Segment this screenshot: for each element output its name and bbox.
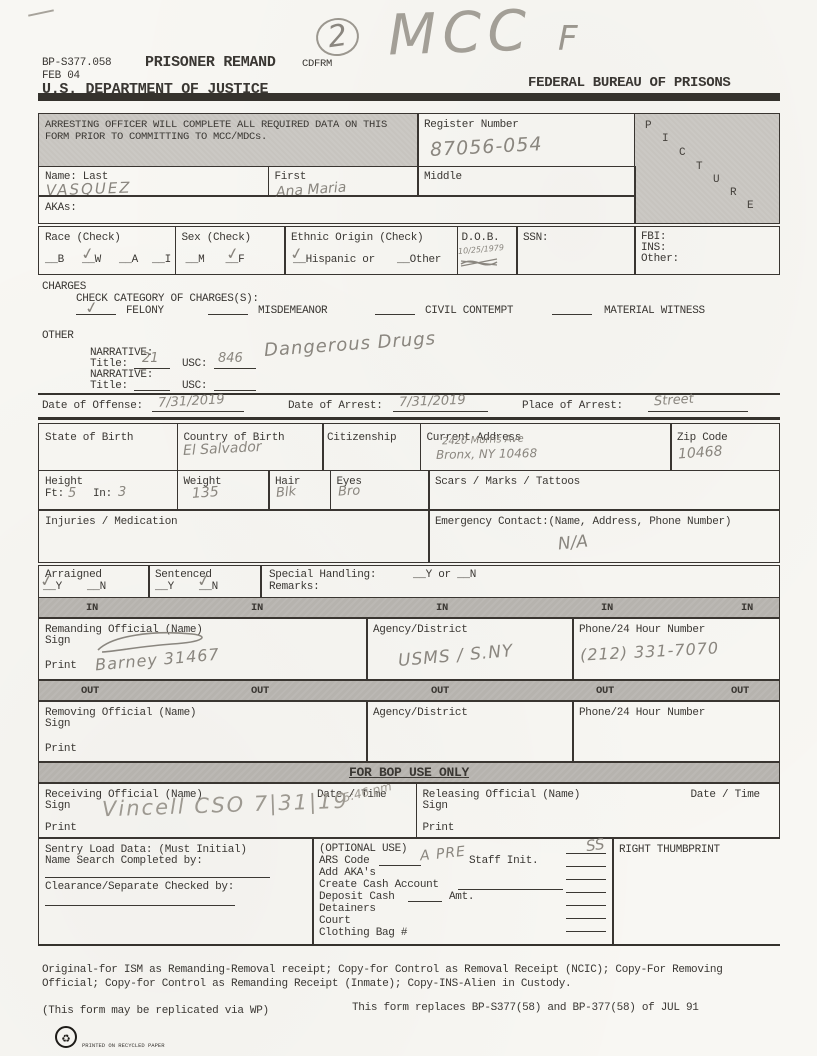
remanding-phone-label: Phone/24 Hour Number [579, 624, 705, 637]
optional-blank [566, 931, 606, 932]
receiving-sign-label: Sign [45, 800, 70, 813]
recycle-icon: ♻ [55, 1026, 77, 1048]
special-handling-options: __Y or __N [413, 569, 476, 582]
place-of-arrest-label: Place of Arrest: [522, 400, 623, 413]
ethnic-option-other: __Other [397, 254, 441, 267]
usc2-label: USC: [182, 380, 207, 393]
emergency-contact-cell: Emergency Contact:(Name, Address, Phone … [428, 509, 780, 563]
charges-section-label: CHARGES [42, 281, 86, 294]
receiving-print-label: Print [45, 822, 77, 835]
removing-print-label: Print [45, 743, 77, 756]
state-of-birth-cell: State of Birth [38, 423, 178, 471]
deposit-cash-blank [408, 901, 442, 902]
race-label: Race (Check) [45, 232, 121, 245]
handwritten-note: F [558, 22, 578, 56]
scanned-form-page: BP-S377.058 PRISONER REMAND CDFRM FEB 04… [0, 0, 817, 1056]
place-of-arrest-value: Street [654, 393, 695, 409]
name-search-label: Name Search Completed by: [45, 855, 203, 868]
staff-init-label: Staff Init. [469, 855, 538, 868]
picture-letter: I [662, 133, 669, 145]
charge-category-civil-contempt: CIVIL CONTEMPT [425, 305, 513, 318]
picture-letter: R [730, 187, 737, 199]
height-in-label: In: [93, 488, 112, 501]
usc2-blank [214, 390, 256, 391]
optional-blank [566, 866, 606, 867]
title2-blank [134, 390, 170, 391]
sentenced-option-y: __Y [155, 581, 174, 594]
akas-cell: AKAs: [38, 195, 636, 224]
injuries-label: Injuries / Medication [45, 516, 177, 529]
create-cash-blank [458, 889, 563, 890]
zip-code-value: 10468 [678, 444, 723, 461]
race-cell: Race (Check) __B __W __A __I [38, 226, 176, 275]
height-ft-label: Ft: [45, 488, 64, 501]
date-of-arrest-blank [393, 411, 488, 412]
ethnic-origin-cell: Ethnic Origin (Check) __Hispanic or __Ot… [284, 226, 458, 275]
ssn-label: SSN: [523, 232, 548, 245]
other-id-label: Other: [641, 253, 679, 266]
picture-letter: E [747, 200, 754, 212]
out-band: OUT OUT OUT OUT OUT [38, 680, 780, 701]
optional-blank [566, 892, 606, 893]
hair-value: Blk [275, 485, 296, 500]
special-handling-cell: Special Handling: __Y or __N Remarks: [260, 565, 780, 598]
out-band-label: OUT [731, 685, 749, 697]
clearance-blank [45, 905, 235, 906]
height-label: Height [45, 476, 83, 489]
removing-agency-cell: Agency/District [366, 701, 574, 762]
releasing-official-cell: Releasing Official (Name) Date / Time Si… [416, 783, 781, 838]
bop-band: FOR BOP USE ONLY [38, 762, 780, 783]
remarks-label: Remarks: [269, 581, 319, 594]
pencil-mark [28, 9, 54, 16]
thumbprint-cell: RIGHT THUMBPRINT [612, 838, 780, 945]
optional-blank [566, 918, 606, 919]
handwritten-copy-number: 2 [314, 15, 362, 59]
scars-label: Scars / Marks / Tattoos [435, 476, 580, 489]
optional-blank [566, 905, 606, 906]
out-band-label: OUT [81, 685, 99, 697]
race-option-b: __B [45, 254, 64, 267]
sex-option-m: __M [186, 254, 205, 267]
in-band-label: IN [436, 602, 448, 614]
picture-letter: C [679, 147, 686, 159]
in-band-label: IN [601, 602, 613, 614]
date-of-arrest-value: 7/31/2019 [399, 394, 466, 409]
emergency-contact-value: N/A [557, 533, 589, 553]
releasing-date-time-label: Date / Time [691, 789, 760, 802]
height-in-value: 3 [118, 486, 126, 499]
middle-name-cell: Middle [417, 166, 636, 197]
title1-value: 21 [142, 352, 159, 365]
eyes-value: Bro [338, 484, 361, 498]
sentry-load-cell: Sentry Load Data: (Must Initial) Name Se… [38, 838, 314, 945]
releasing-sign-label: Sign [423, 800, 448, 813]
replaces-note: This form replaces BP-S377(58) and BP-37… [352, 1002, 699, 1015]
staff-init-value: SS [585, 837, 605, 854]
removing-phone-cell: Phone/24 Hour Number [572, 701, 780, 762]
citizenship-cell: Citizenship [322, 423, 421, 471]
narrative1-value: Dangerous Drugs [264, 330, 437, 360]
arresting-officer-notice-box: ARRESTING OFFICER WILL COMPLETE ALL REQU… [38, 113, 419, 167]
arresting-officer-notice: ARRESTING OFFICER WILL COMPLETE ALL REQU… [45, 119, 405, 143]
date-of-offense-blank [152, 411, 244, 412]
emergency-contact-label: Emergency Contact:(Name, Address, Phone … [435, 516, 765, 529]
ssn-cell: SSN: [516, 226, 636, 275]
weight-cell: Weight [177, 470, 270, 511]
charges-instruction: CHECK CATEGORY OF CHARGES(S): [76, 293, 259, 306]
material-witness-blank [552, 314, 592, 315]
height-cell: Height Ft: In: [38, 470, 178, 511]
detainers-label: Detainers [319, 903, 376, 916]
out-band-label: OUT [431, 685, 449, 697]
court-label: Court [319, 915, 351, 928]
bureau-title: FEDERAL BUREAU OF PRISONS [528, 75, 731, 91]
replication-note: (This form may be replicated via WP) [42, 1005, 269, 1018]
bop-band-label: FOR BOP USE ONLY [349, 765, 469, 780]
section-rule [38, 417, 780, 420]
amt-label: Amt. [449, 891, 474, 904]
arraigned-option-n: __N [87, 581, 106, 594]
charges-other-label: OTHER [42, 330, 74, 343]
race-option-a: __A [119, 254, 138, 267]
optional-use-label: (OPTIONAL USE) [319, 843, 407, 856]
crossed-out-scribble [459, 255, 499, 269]
form-code: CDFRM [302, 58, 332, 70]
out-band-label: OUT [596, 685, 614, 697]
title2-label: Title: [90, 380, 128, 393]
distribution-note: Original-for ISM as Remanding-Removal re… [42, 963, 784, 992]
date-of-offense-label: Date of Offense: [42, 400, 143, 413]
ethnic-option-hispanic: __Hispanic or [293, 254, 375, 267]
thumbprint-label: RIGHT THUMBPRINT [619, 844, 720, 857]
register-number-label: Register Number [424, 119, 519, 132]
akas-label: AKAs: [45, 202, 77, 215]
middle-name-label: Middle [424, 171, 462, 184]
header-rule [38, 93, 780, 101]
misdemeanor-blank [208, 314, 248, 315]
out-band-label: OUT [251, 685, 269, 697]
race-option-i: __I [152, 254, 171, 267]
removing-sign-label: Sign [45, 718, 70, 731]
in-band-label: IN [86, 602, 98, 614]
address-line2-value: Bronx, NY 10468 [436, 447, 537, 461]
scars-cell: Scars / Marks / Tattoos [428, 470, 780, 511]
picture-box: P I C T U R E [634, 113, 780, 224]
removing-agency-label: Agency/District [373, 707, 468, 720]
in-band-label: IN [251, 602, 263, 614]
civil-contempt-blank [375, 314, 415, 315]
charge-category-material-witness: MATERIAL WITNESS [604, 305, 705, 318]
dob-label: D.O.B. [462, 232, 500, 245]
removing-phone-label: Phone/24 Hour Number [579, 707, 705, 720]
special-handling-label: Special Handling: [269, 569, 376, 582]
charge-category-felony: FELONY [126, 305, 164, 318]
injuries-cell: Injuries / Medication [38, 509, 430, 563]
state-of-birth-label: State of Birth [45, 432, 133, 445]
place-of-arrest-blank [648, 411, 748, 412]
usc1-label: USC: [182, 358, 207, 371]
weight-value: 135 [192, 485, 220, 501]
country-of-birth-value: El Salvador [183, 440, 262, 458]
removing-official-cell: Removing Official (Name) Sign Print [38, 701, 368, 762]
handwritten-facility: MCC [387, 3, 533, 64]
picture-letter: P [645, 120, 652, 132]
sex-label: Sex (Check) [182, 232, 251, 245]
form-number: BP-S377.058 [42, 57, 111, 70]
optional-blank [566, 879, 606, 880]
add-akas-label: Add AKA's [319, 867, 376, 880]
remanding-print-label: Print [45, 660, 77, 673]
height-ft-value: 5 [68, 487, 76, 500]
ethnic-origin-label: Ethnic Origin (Check) [291, 232, 423, 245]
date-of-offense-value: 7/31/2019 [158, 393, 225, 409]
section-rule [38, 944, 780, 946]
create-cash-label: Create Cash Account [319, 879, 439, 892]
remanding-agency-label: Agency/District [373, 624, 468, 637]
first-name-label: First [275, 171, 307, 184]
deposit-cash-label: Deposit Cash [319, 891, 395, 904]
clearance-label: Clearance/Separate Checked by: [45, 881, 234, 894]
picture-letter: U [713, 174, 720, 186]
name-search-blank [45, 877, 270, 878]
clothing-bag-label: Clothing Bag # [319, 927, 407, 940]
charge-category-misdemeanor: MISDEMEANOR [258, 305, 327, 318]
date-of-arrest-label: Date of Arrest: [288, 400, 383, 413]
recycled-paper-label: PRINTED ON RECYCLED PAPER [82, 1043, 165, 1049]
picture-letter: T [696, 161, 703, 173]
arraigned-cell: Arraigned __Y __N [38, 565, 150, 598]
ars-code-blank [379, 865, 421, 866]
usc1-blank [214, 368, 256, 369]
remanding-sign-label: Sign [45, 635, 70, 648]
fbi-cell: FBI: INS: Other: [634, 226, 780, 275]
in-band-label: IN [741, 602, 753, 614]
in-band: IN IN IN IN IN [38, 597, 780, 618]
releasing-print-label: Print [423, 822, 455, 835]
form-title: PRISONER REMAND [145, 54, 276, 71]
usc1-value: 846 [218, 352, 243, 365]
citizenship-label: Citizenship [327, 432, 396, 445]
ars-code-label: ARS Code [319, 855, 369, 868]
